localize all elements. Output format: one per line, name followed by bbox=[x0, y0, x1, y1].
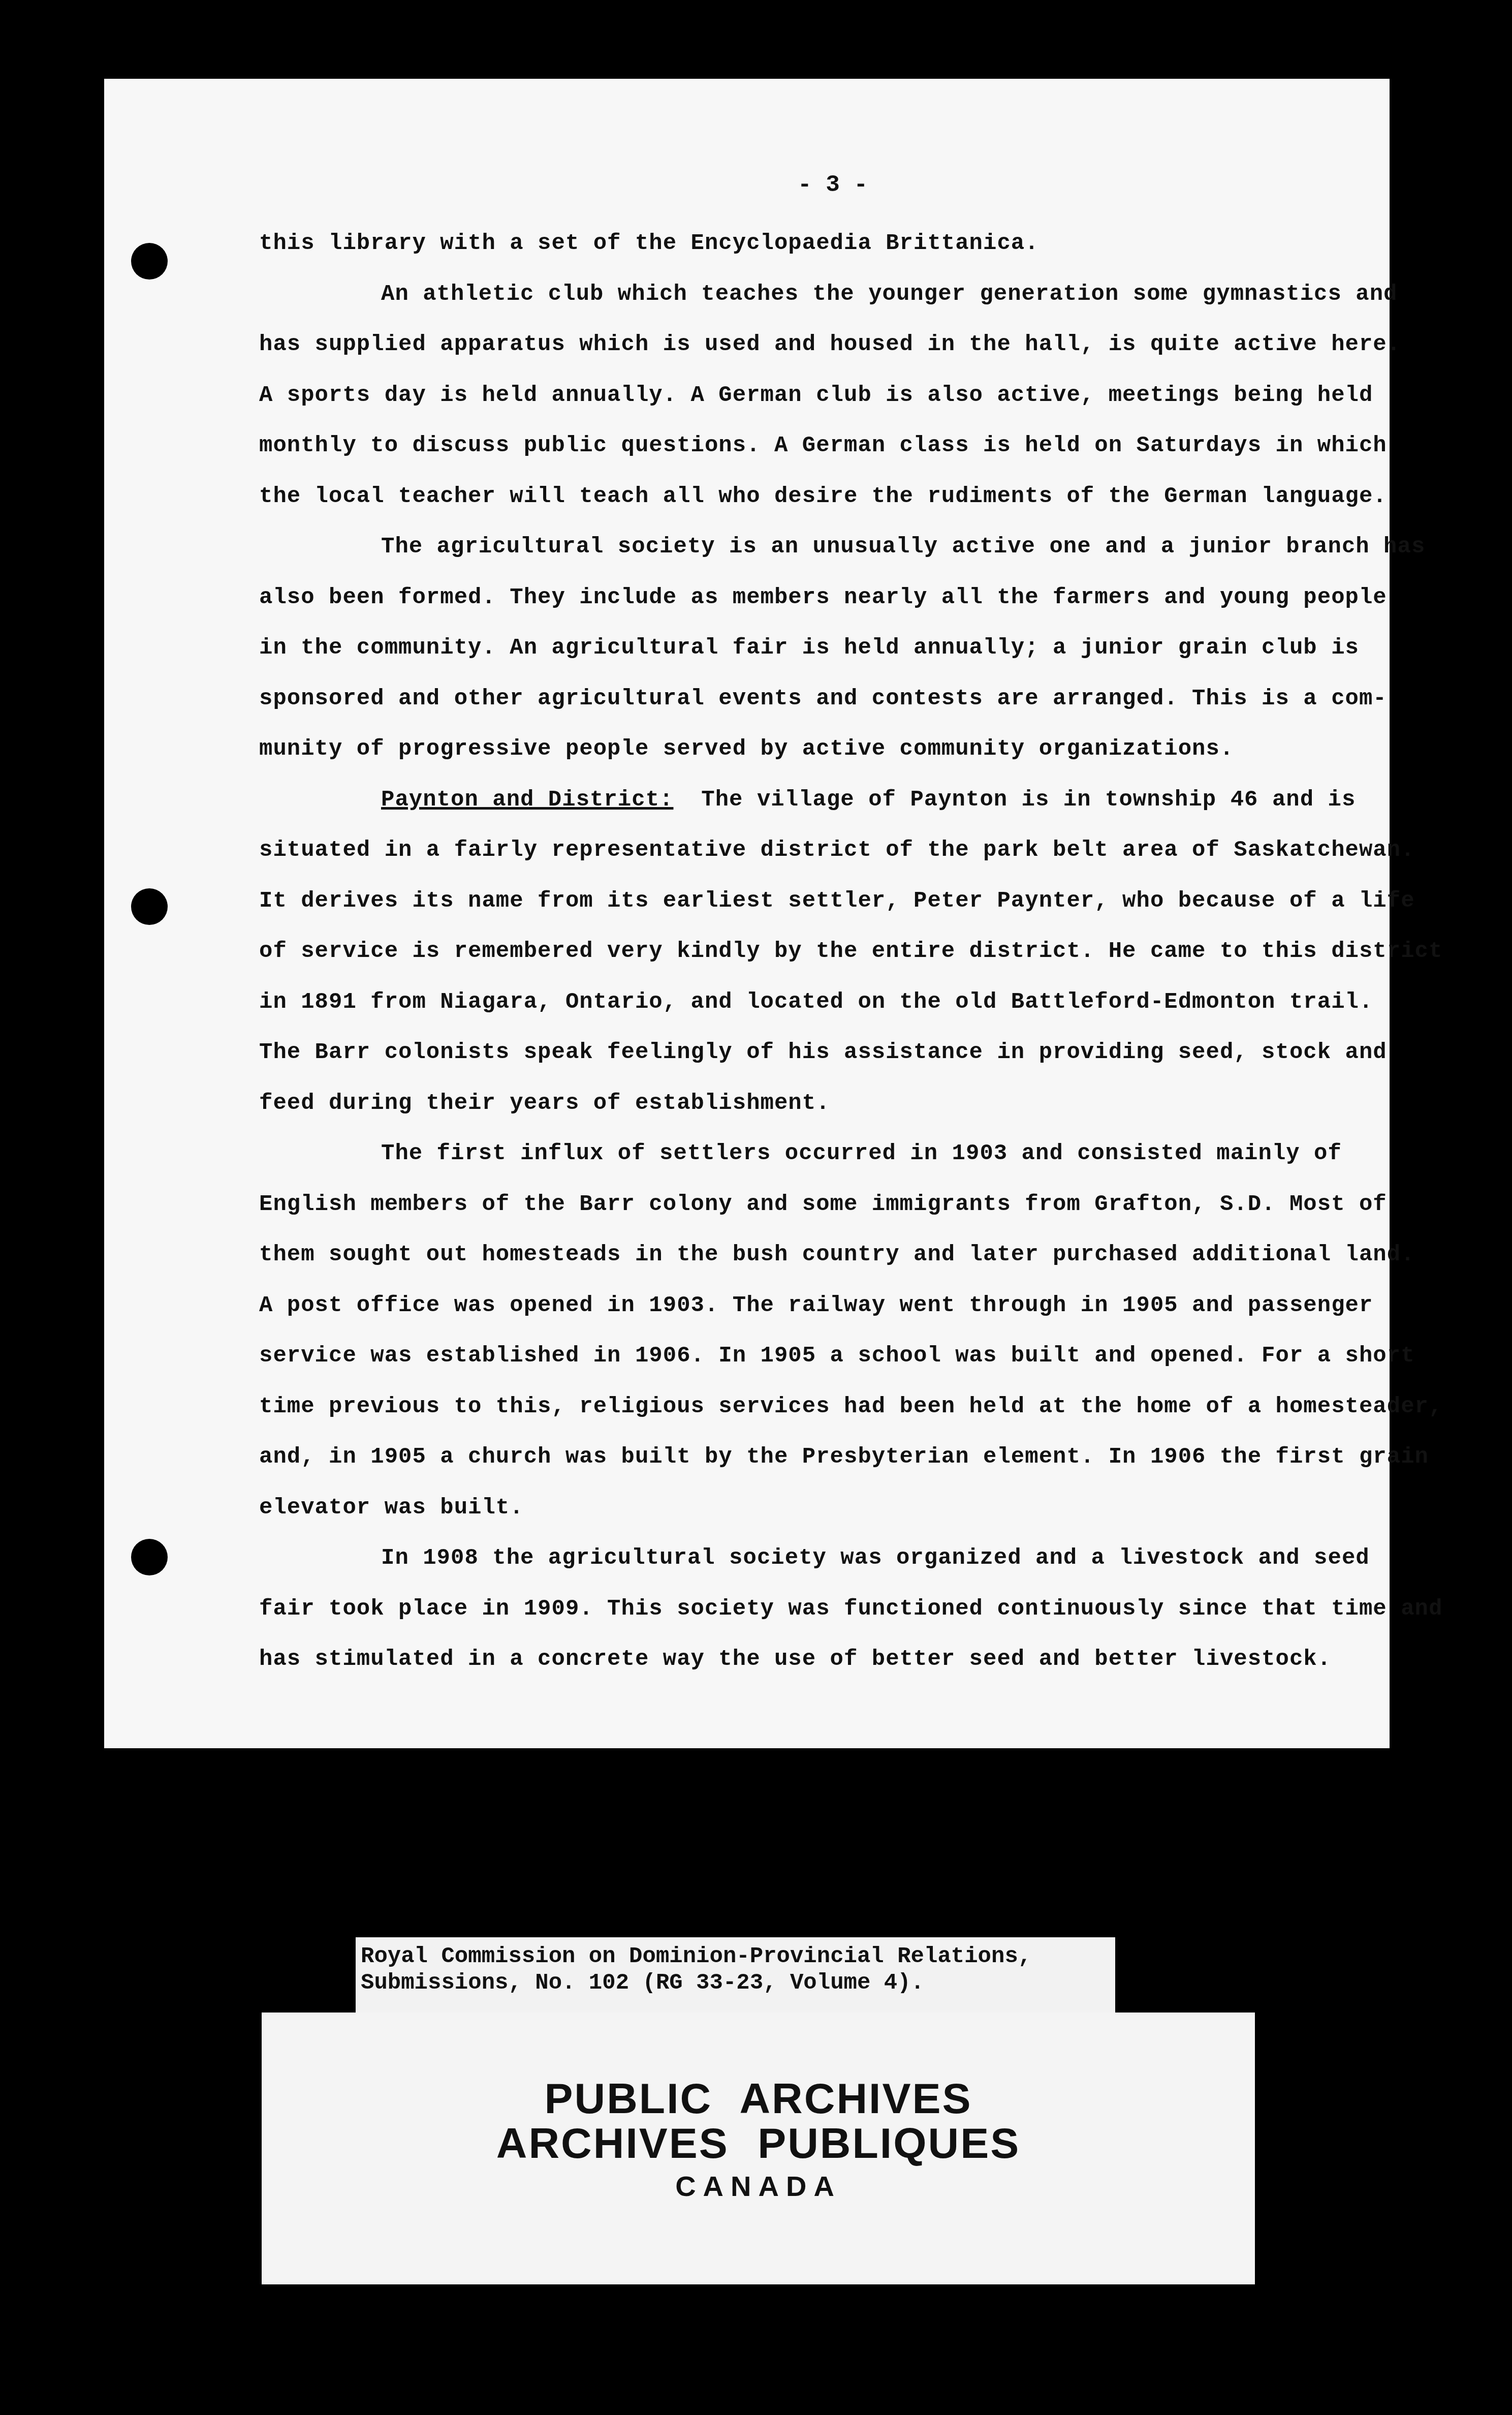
text-line: fair took place in 1909. This society wa… bbox=[259, 1584, 1377, 1635]
stamp-line: CANADA bbox=[262, 2170, 1255, 2203]
text-line: The agricultural society is an unusually… bbox=[259, 522, 1377, 573]
text-line: the local teacher will teach all who des… bbox=[259, 472, 1377, 522]
text-line: monthly to discuss public questions. A G… bbox=[259, 421, 1377, 472]
text-span: The village of Paynton is in township 46… bbox=[701, 787, 1356, 813]
citation-line: Royal Commission on Dominion-Provincial … bbox=[361, 1943, 1110, 1970]
text-line: elevator was built. bbox=[259, 1483, 1377, 1534]
punch-hole bbox=[131, 243, 168, 280]
text-line: It derives its name from its earliest se… bbox=[259, 876, 1377, 927]
punch-hole bbox=[131, 1539, 168, 1575]
punch-hole bbox=[131, 888, 168, 925]
citation-line: Submissions, No. 102 (RG 33-23, Volume 4… bbox=[361, 1970, 1110, 1996]
text-line: and, in 1905 a church was built by the P… bbox=[259, 1432, 1377, 1483]
text-line: In 1908 the agricultural society was org… bbox=[259, 1533, 1377, 1584]
text-line: munity of progressive people served by a… bbox=[259, 724, 1377, 775]
text-line: has stimulated in a concrete way the use… bbox=[259, 1634, 1377, 1685]
page-number: - 3 - bbox=[798, 172, 868, 198]
text-line: The Barr colonists speak feelingly of hi… bbox=[259, 1028, 1377, 1078]
archive-citation-label: Royal Commission on Dominion-Provincial … bbox=[356, 1937, 1115, 2014]
text-line: English members of the Barr colony and s… bbox=[259, 1180, 1377, 1230]
text-line: service was established in 1906. In 1905… bbox=[259, 1331, 1377, 1382]
text-line: them sought out homesteads in the bush c… bbox=[259, 1230, 1377, 1281]
text-line: time previous to this, religious service… bbox=[259, 1382, 1377, 1433]
stamp-line: ARCHIVES PUBLIQUES bbox=[262, 2121, 1255, 2165]
text-line: situated in a fairly representative dist… bbox=[259, 825, 1377, 876]
text-line: The first influx of settlers occurred in… bbox=[259, 1129, 1377, 1180]
text-line: this library with a set of the Encyclopa… bbox=[259, 219, 1377, 269]
text-line: A sports day is held annually. A German … bbox=[259, 370, 1377, 421]
text-line: sponsored and other agricultural events … bbox=[259, 674, 1377, 725]
text-line: A post office was opened in 1903. The ra… bbox=[259, 1281, 1377, 1332]
archives-stamp: PUBLIC ARCHIVES ARCHIVES PUBLIQUES CANAD… bbox=[262, 2012, 1255, 2284]
text-line: has supplied apparatus which is used and… bbox=[259, 320, 1377, 370]
document-body: this library with a set of the Encyclopa… bbox=[259, 219, 1377, 1685]
text-line: also been formed. They include as member… bbox=[259, 573, 1377, 624]
text-line: feed during their years of establishment… bbox=[259, 1078, 1377, 1129]
stamp-line: PUBLIC ARCHIVES bbox=[262, 2076, 1255, 2121]
text-line: An athletic club which teaches the young… bbox=[259, 269, 1377, 320]
section-heading: Paynton and District: bbox=[381, 787, 674, 813]
text-line: in the community. An agricultural fair i… bbox=[259, 623, 1377, 674]
text-line: Paynton and District: The village of Pay… bbox=[259, 775, 1377, 826]
text-line: in 1891 from Niagara, Ontario, and locat… bbox=[259, 977, 1377, 1028]
text-line: of service is remembered very kindly by … bbox=[259, 926, 1377, 977]
